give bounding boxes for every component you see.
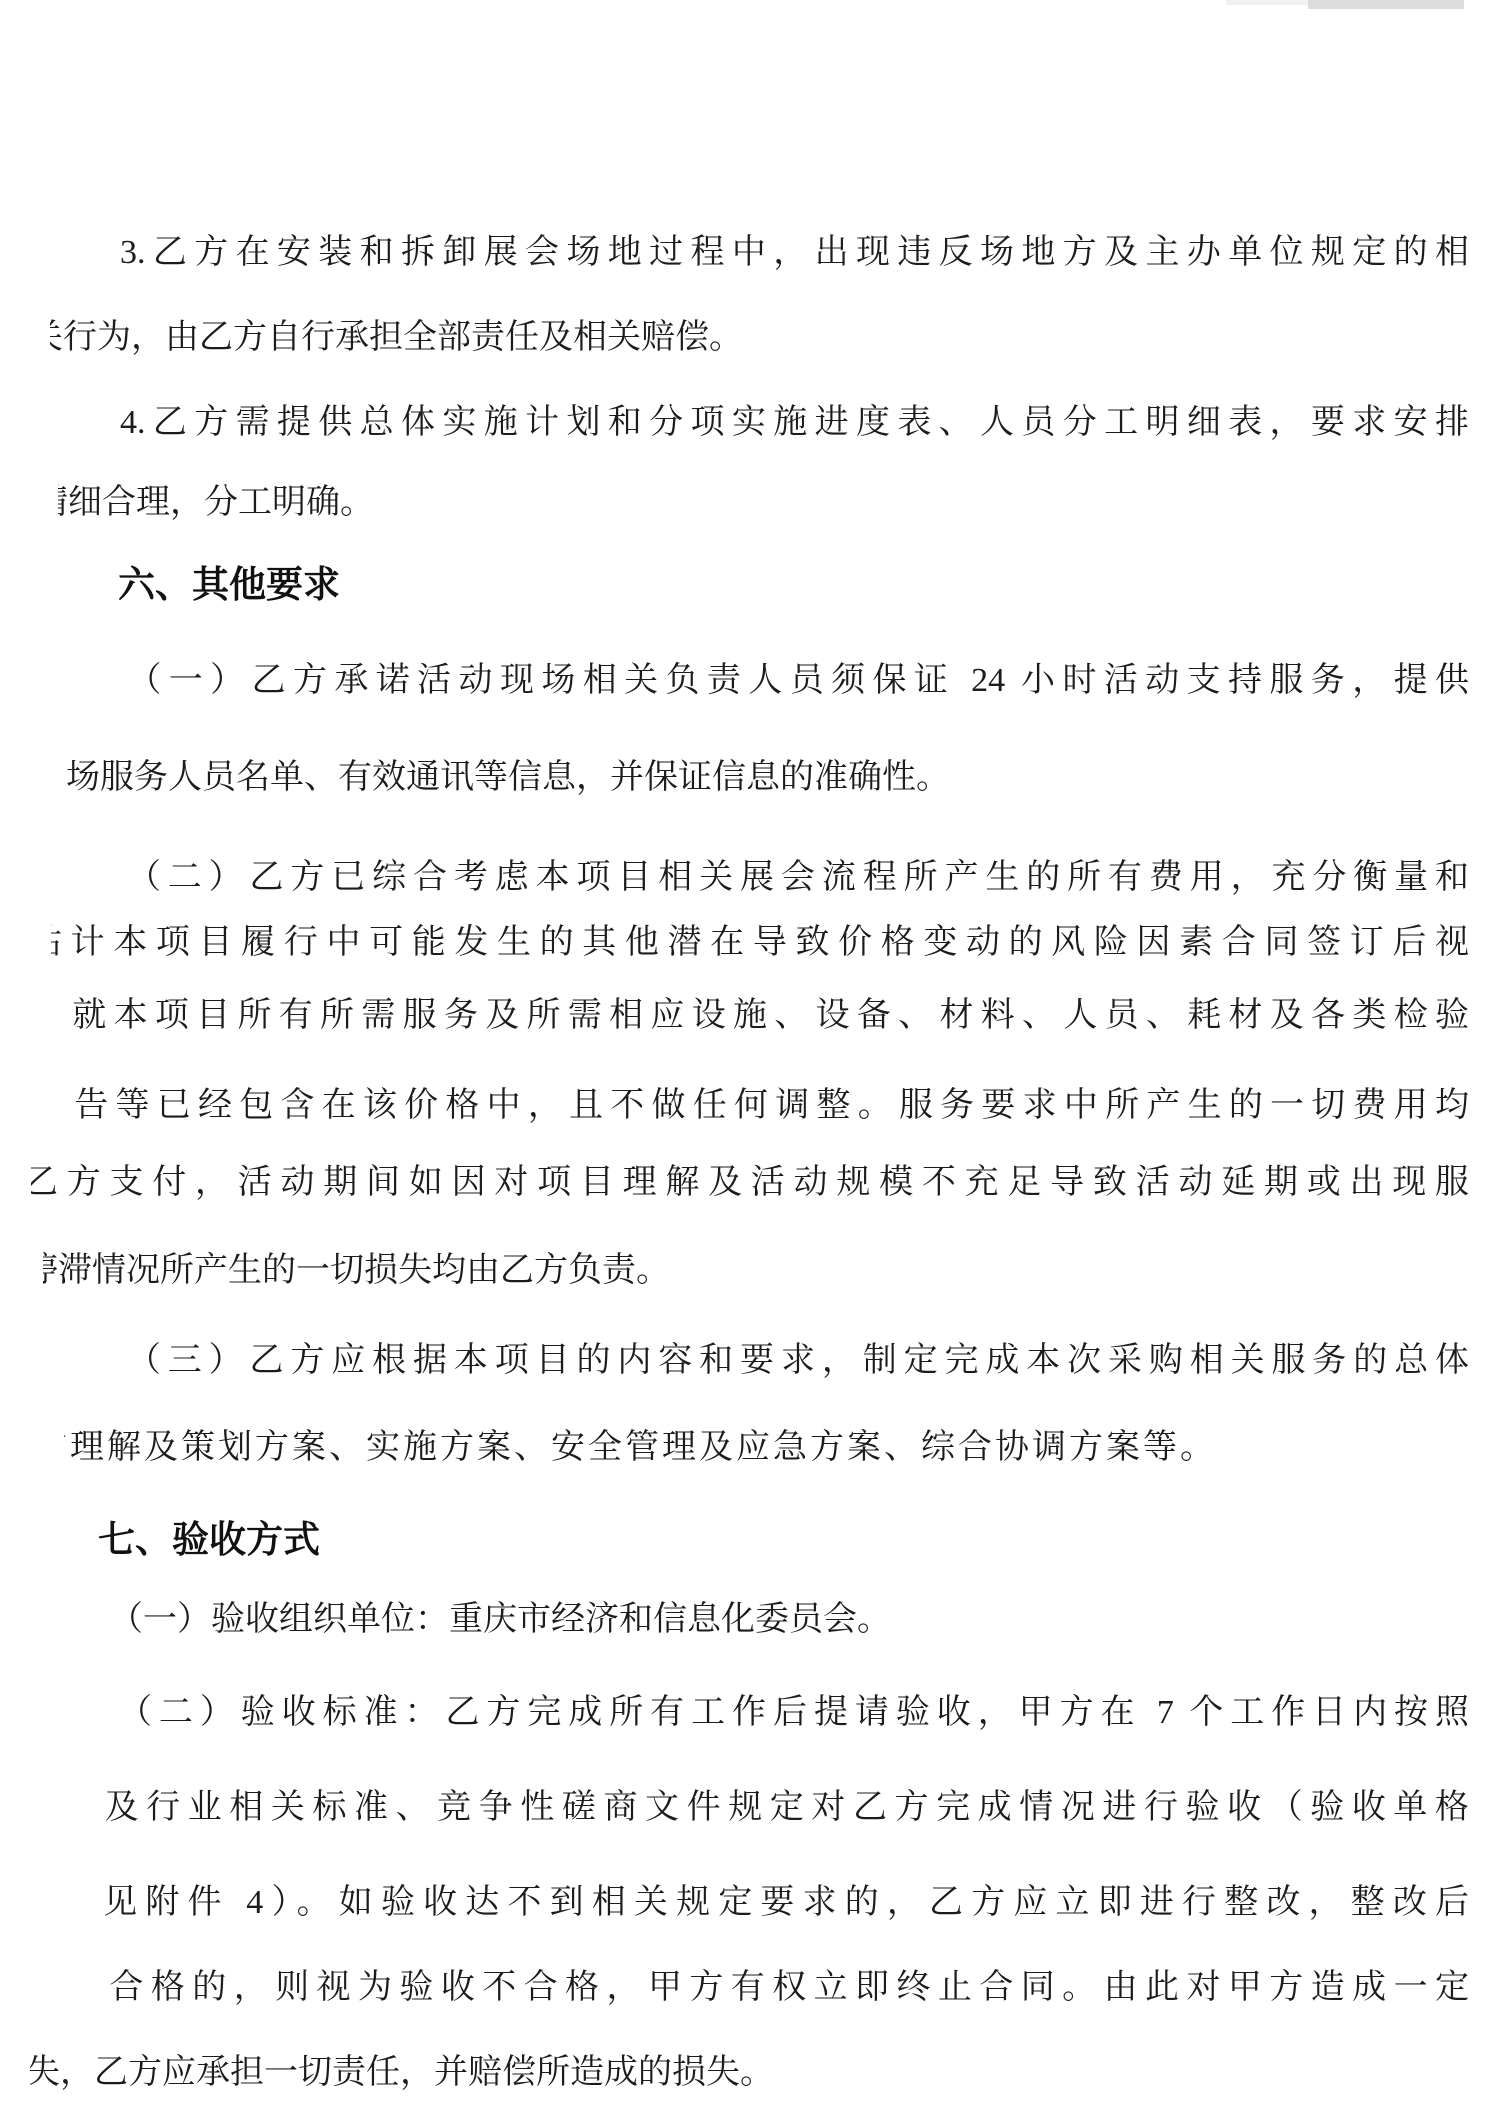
- doc-line-item-2-cont: 乙方支付，活动期间如因对项目理解及活动规模不充足导致活动延期或出现服: [31, 1163, 1469, 1204]
- doc-line-item-1: （一）乙方承诺活动现场相关负责人员须保证 24 小时活动支持服务，提供: [120, 661, 1469, 702]
- doc-line-item-2: （二）乙方已综合考虑本项目相关展会流程所产生的所有费用，充分衡量和: [120, 858, 1469, 899]
- doc-line-item-1-cont: 场服务人员名单、有效通讯等信息，并保证信息的准确性。: [66, 758, 950, 799]
- doc-line-clause-3: 3.乙方在安装和拆卸展会场地过程中，出现违反场地方及主办单位规定的相: [120, 233, 1469, 274]
- doc-line-acceptance-standard-cont: 合格的，则视为验收不合格，甲方有权立即终止合同。由此对甲方造成一定: [102, 1968, 1469, 2009]
- doc-line-item-3: （三）乙方应根据本项目的内容和要求，制定完成本次采购相关服务的总体: [120, 1341, 1469, 1382]
- doc-line-acceptance-standard: （二）验收标准：乙方完成所有工作后提请验收，甲方在 7 个工作日内按照: [111, 1693, 1469, 1734]
- doc-line-clause-4-cont: 精细合理，分工明确。: [58, 483, 374, 524]
- clipped-char: 精: [58, 483, 68, 524]
- scanned-document-page: 3.乙方在安装和拆卸展会场地过程中，出现违反场地方及主办单位规定的相 关行为，由…: [0, 0, 1487, 2105]
- doc-line-item-2-cont: 估计本项目履行中可能发生的其他潜在导致价格变动的风险因素合同签订后视: [51, 923, 1469, 964]
- scan-artifact-bar: [1308, 0, 1464, 9]
- doc-line-acceptance-org: （一）验收组织单位：重庆市经济和信息化委员会。: [109, 1600, 891, 1641]
- doc-line-acceptance-standard-cont: 及行业相关标准、竞争性磋商文件规定对乙方完成情况进行验收（验收单格: [97, 1788, 1469, 1829]
- doc-line-item-2-cont: 停滞情况所产生的一切损失均由乙方负责。: [43, 1251, 670, 1292]
- doc-line-clause-4: 4.乙方需提供总体实施计划和分项实施进度表、人员分工明细表，要求安排: [120, 403, 1469, 444]
- doc-line-clause-3-cont: 关行为，由乙方自行承担全部责任及相关赔偿。: [50, 318, 743, 359]
- doc-line-acceptance-standard-cont: 失，乙方应承担一切责任，并赔偿所造成的损失。: [30, 2053, 774, 2094]
- clipped-char: 关: [50, 318, 63, 359]
- doc-line-item-2-cont: 就本项目所有所需服务及所需相应设施、设备、材料、人员、耗材及各类检验: [65, 996, 1469, 1037]
- doc-line-item-2-cont: 告等已经包含在该价格中，且不做任何调整。服务要求中所产生的一切费用均: [67, 1086, 1469, 1127]
- scan-artifact-bar: [1226, 0, 1311, 5]
- clipped-char: 停: [43, 1251, 58, 1292]
- clipped-char: 估: [51, 923, 62, 964]
- section-heading-acceptance-method: 七、验收方式: [98, 1518, 320, 1562]
- clipped-char: 乙: [31, 1163, 58, 1204]
- clipped-char: 失: [30, 2053, 60, 2094]
- doc-line-acceptance-standard-cont: 见附件 4）。如验收达不到相关规定要求的，乙方应立即进行整改，整改后: [95, 1883, 1469, 1924]
- section-heading-other-requirements: 六、其他要求: [118, 563, 340, 607]
- doc-line-item-3-cont: 的理解及策划方案、实施方案、安全管理及应急方案、综合协调方案等。: [64, 1428, 1217, 1469]
